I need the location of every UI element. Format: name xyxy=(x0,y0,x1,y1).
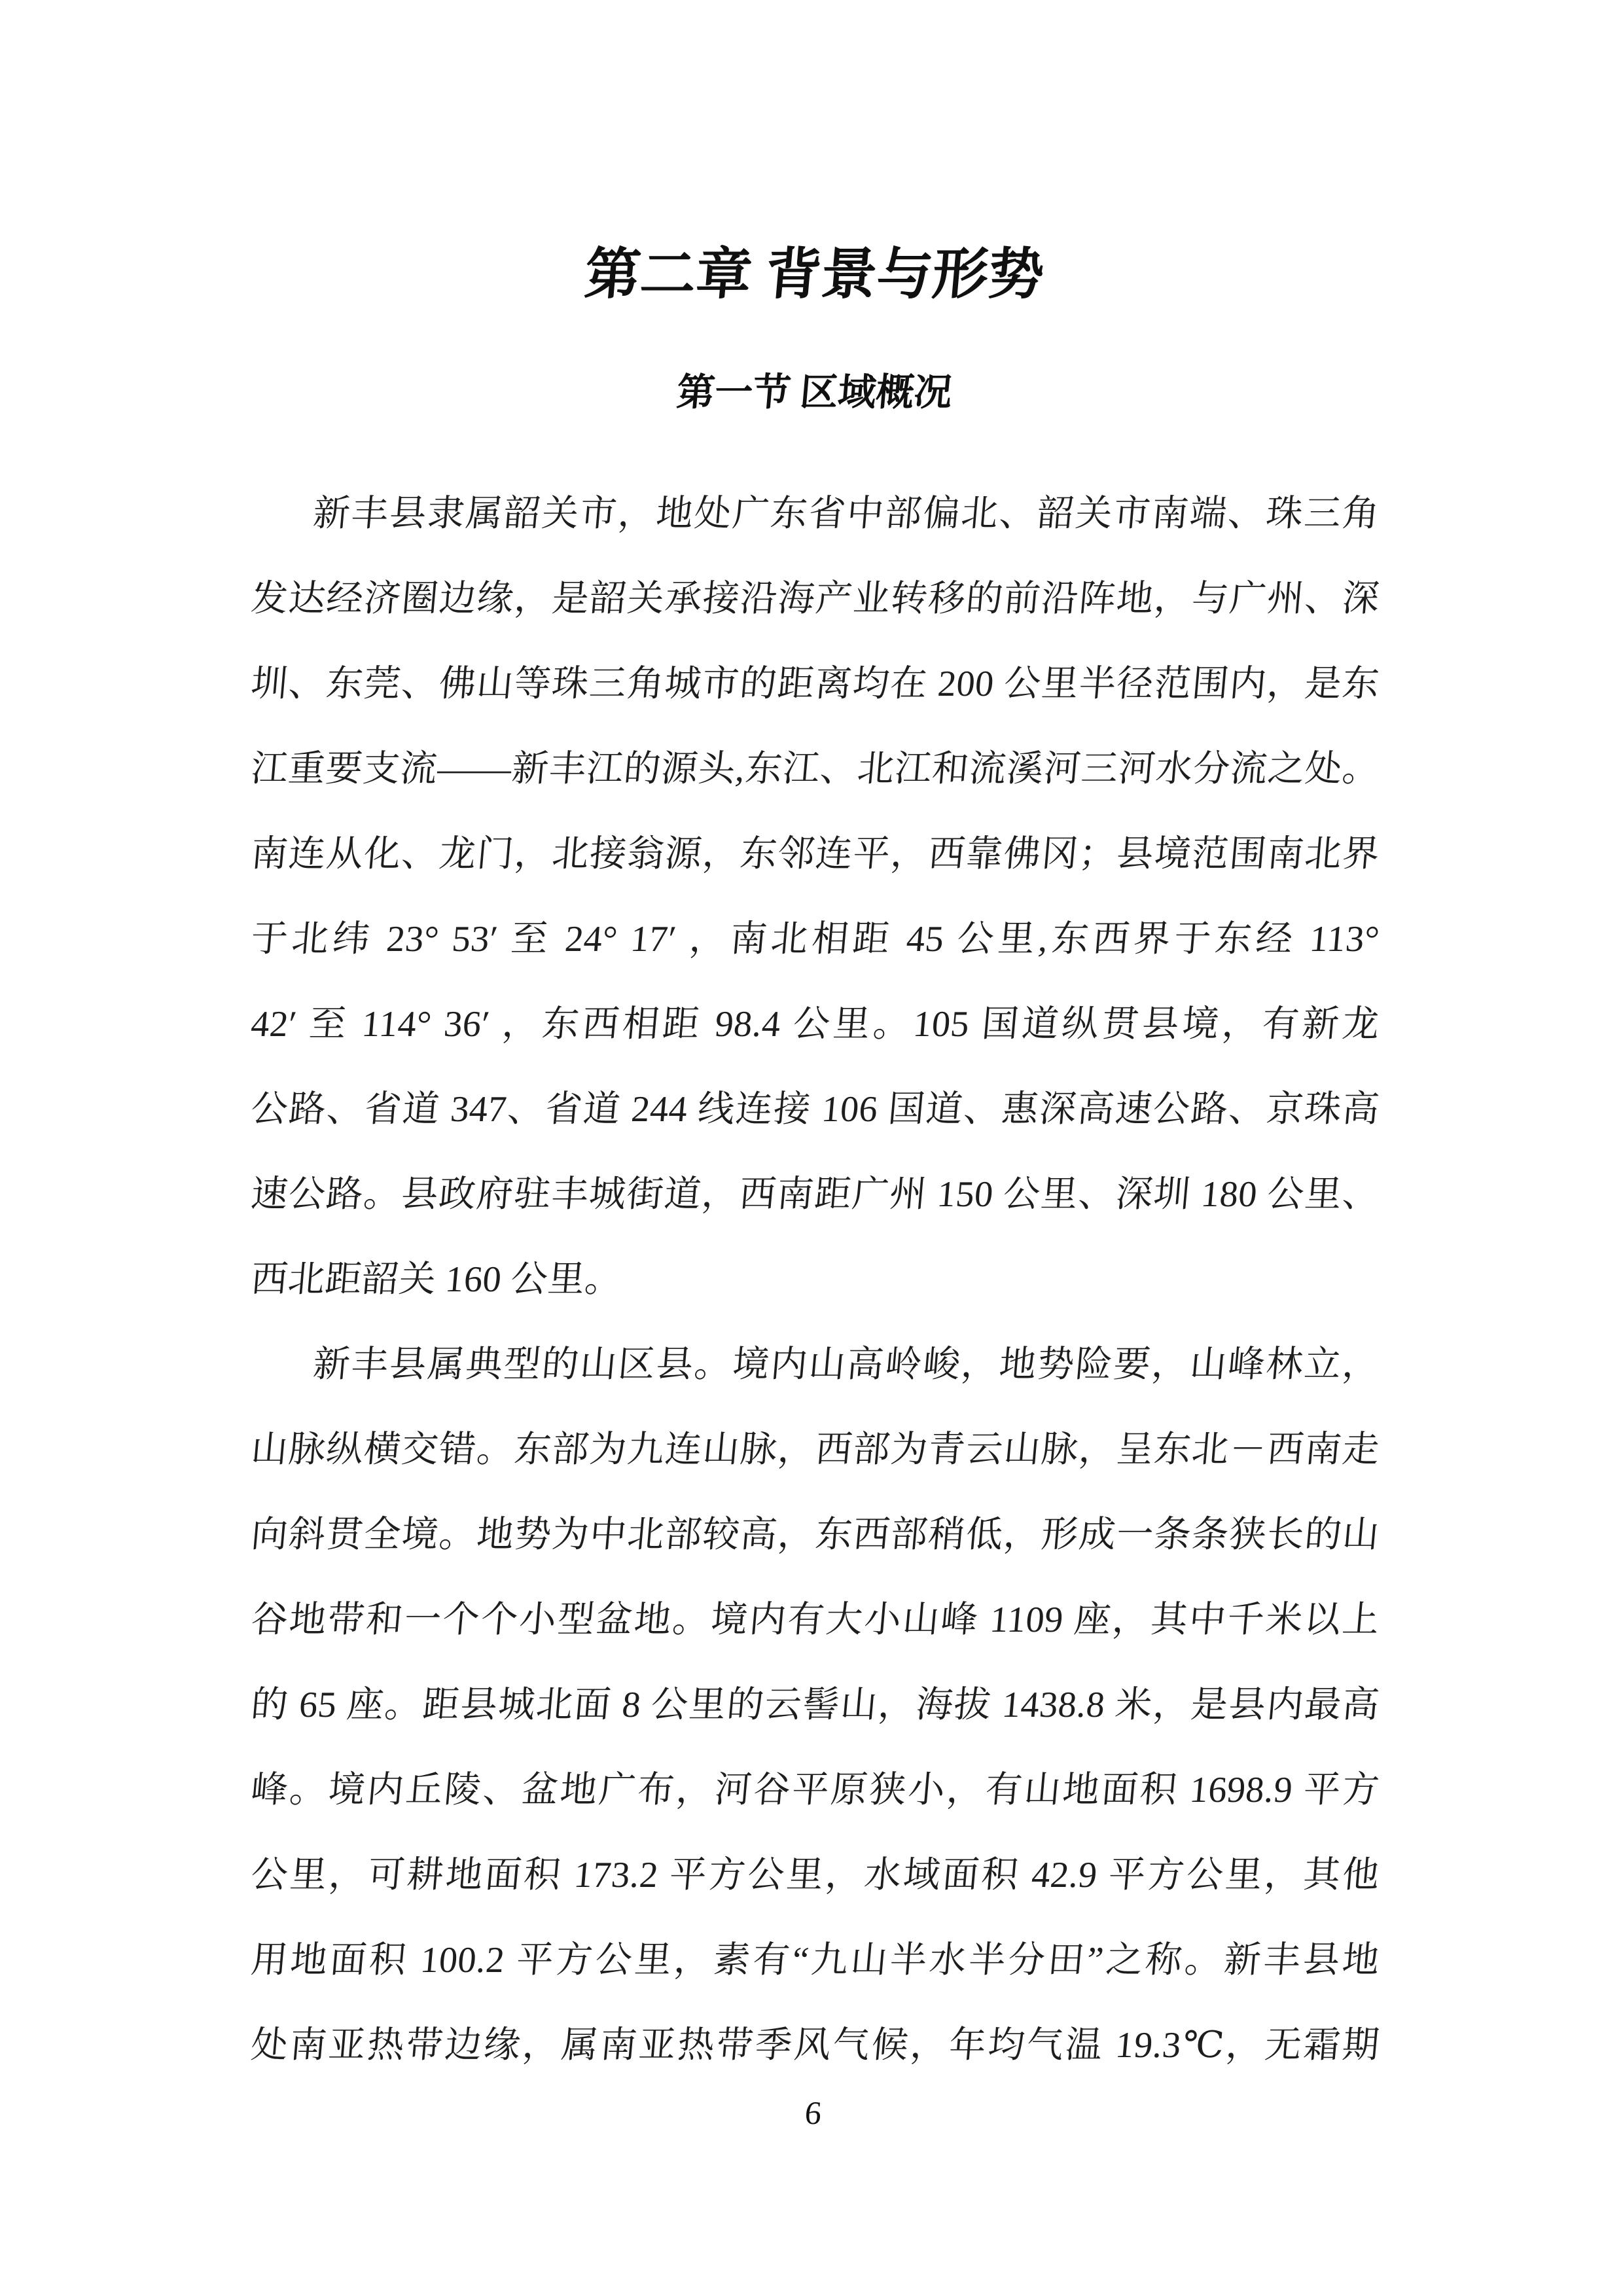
text-line: 南连从化、龙门，北接翁源，东邻连平，西靠佛冈；县境范围南北界 xyxy=(247,812,1383,897)
text-line: 42′ 至 114° 36′ ，东西相距 98.4 公里。105 国道纵贯县境，… xyxy=(247,982,1383,1067)
text-line: 谷地带和一个个小型盆地。境内有大小山峰 1109 座，其中千米以上 xyxy=(247,1577,1383,1662)
text-line: 西北距韶关 160 公里。 xyxy=(247,1237,1383,1322)
text-line: 江重要支流——新丰江的源头,东江、北江和流溪河三河水分流之处。 xyxy=(247,726,1383,812)
section-title: 第一节 区域概况 xyxy=(247,360,1382,425)
text-line: 山脉纵横交错。东部为九连山脉，西部为青云山脉，呈东北－西南走 xyxy=(247,1407,1383,1492)
paragraph: 新丰县属典型的山区县。境内山高岭峻，地势险要，山峰林立，山脉纵横交错。东部为九连… xyxy=(247,1322,1376,2088)
paragraph: 新丰县隶属韶关市，地处广东省中部偏北、韶关市南端、珠三角发达经济圈边缘，是韶关承… xyxy=(247,471,1376,1322)
text-line: 公路、省道 347、省道 244 线连接 106 国道、惠深高速公路、京珠高 xyxy=(247,1067,1383,1152)
text-line: 新丰县隶属韶关市，地处广东省中部偏北、韶关市南端、珠三角 xyxy=(247,471,1383,556)
document-body: 新丰县隶属韶关市，地处广东省中部偏北、韶关市南端、珠三角发达经济圈边缘，是韶关承… xyxy=(247,471,1376,2088)
text-line: 公里，可耕地面积 173.2 平方公里，水域面积 42.9 平方公里，其他 xyxy=(247,1833,1383,1918)
text-line: 用地面积 100.2 平方公里，素有“九山半水半分田”之称。新丰县地 xyxy=(247,1918,1383,2003)
chapter-title: 第二章 背景与形势 xyxy=(247,242,1382,308)
text-line: 处南亚热带边缘，属南亚热带季风气候，年均气温 19.3℃，无霜期 xyxy=(247,2003,1383,2088)
text-line: 于北纬 23° 53′ 至 24° 17′ ，南北相距 45 公里,东西界于东经… xyxy=(247,897,1383,982)
text-line: 向斜贯全境。地势为中北部较高，东西部稍低，形成一条条狭长的山 xyxy=(247,1492,1383,1577)
text-line: 速公路。县政府驻丰城街道，西南距广州 150 公里、深圳 180 公里、 xyxy=(247,1152,1383,1237)
text-line: 新丰县属典型的山区县。境内山高岭峻，地势险要，山峰林立， xyxy=(247,1322,1383,1407)
document-page: 第二章 背景与形势 第一节 区域概况 新丰县隶属韶关市，地处广东省中部偏北、韶关… xyxy=(0,0,1623,2296)
text-line: 峰。境内丘陵、盆地广布，河谷平原狭小，有山地面积 1698.9 平方 xyxy=(247,1748,1383,1833)
page-number: 6 xyxy=(247,2093,1379,2132)
text-line: 发达经济圈边缘，是韶关承接沿海产业转移的前沿阵地，与广州、深 xyxy=(247,556,1383,641)
text-line: 圳、东莞、佛山等珠三角城市的距离均在 200 公里半径范围内，是东 xyxy=(247,641,1383,726)
text-line: 的 65 座。距县城北面 8 公里的云髻山，海拔 1438.8 米，是县内最高 xyxy=(247,1662,1383,1748)
